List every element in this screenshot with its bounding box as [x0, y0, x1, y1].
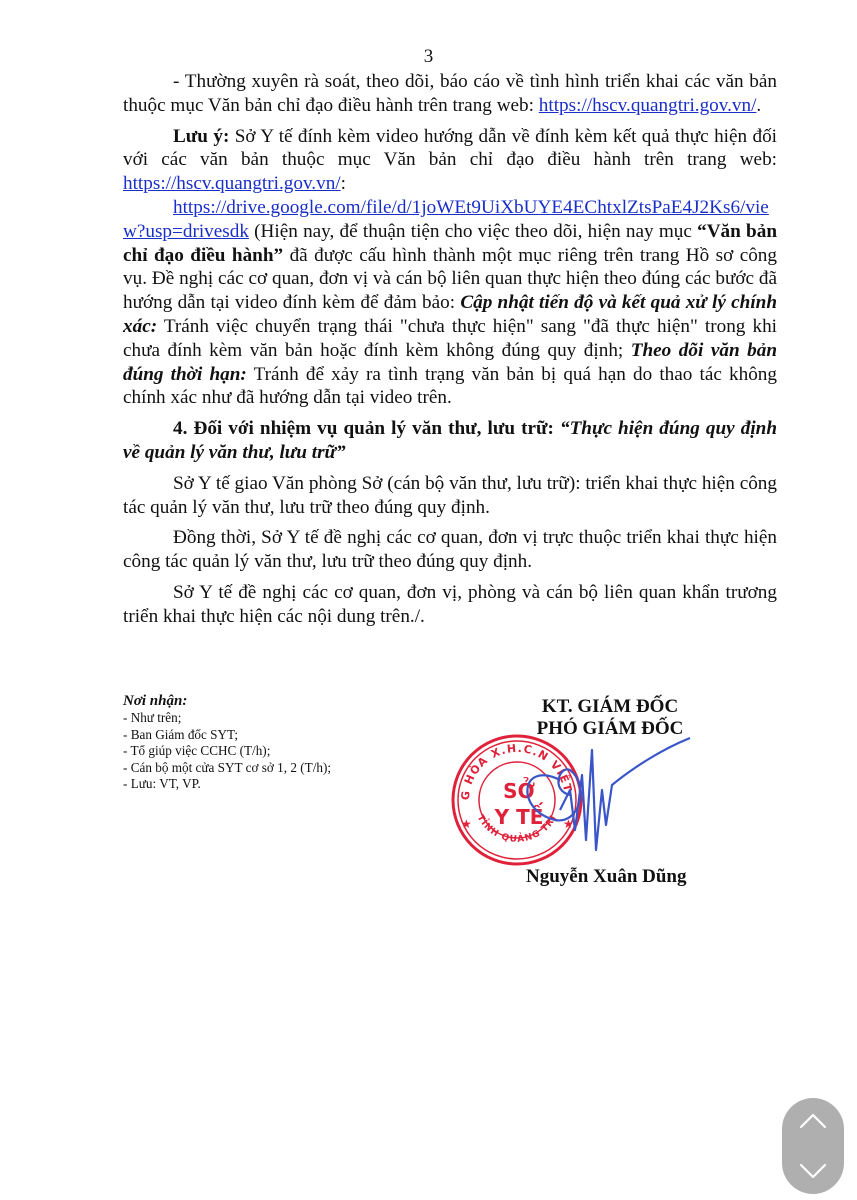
recipient-item: - Cán bộ một cửa SYT cơ sở 1, 2 (T/h); — [123, 760, 331, 776]
paragraph-request: Đồng thời, Sở Y tế đề nghị các cơ quan, … — [123, 526, 777, 574]
paragraph-text: . — [756, 95, 761, 116]
paragraph-assignment: Sở Y tế giao Văn phòng Sở (cán bộ văn th… — [123, 472, 777, 520]
signer-role-line1: KT. GIÁM ĐỐC — [500, 696, 720, 718]
recipients-title: Nơi nhận: — [123, 693, 331, 709]
svg-text:★: ★ — [461, 817, 472, 831]
recipients-list: - Như trên; - Ban Giám đốc SYT; - Tổ giú… — [123, 710, 331, 792]
recipients-block: Nơi nhận: - Như trên; - Ban Giám đốc SYT… — [123, 693, 331, 792]
chevron-up-icon — [782, 1098, 844, 1146]
recipient-item: - Như trên; — [123, 710, 331, 726]
chevron-down-icon — [782, 1146, 844, 1194]
recipient-item: - Lưu: VT, VP. — [123, 776, 331, 792]
section-4-heading: 4. Đối với nhiệm vụ quản lý văn thư, lưu… — [123, 417, 777, 465]
paragraph-note: Lưu ý: Sở Y tế đính kèm video hướng dẫn … — [123, 125, 777, 196]
paragraph-monitoring: - Thường xuyên rà soát, theo dõi, báo cá… — [123, 70, 777, 118]
hscv-link-2[interactable]: https://hscv.quangtri.gov.vn/ — [123, 173, 341, 194]
note-label: Lưu ý: — [173, 126, 229, 147]
paragraph-text: : — [341, 173, 346, 194]
section-heading: 4. Đối với nhiệm vụ quản lý văn thư, lưu… — [173, 418, 560, 439]
recipient-item: - Ban Giám đốc SYT; — [123, 727, 331, 743]
paragraph-video-guide: https://drive.google.com/file/d/1joWEt9U… — [123, 196, 777, 410]
scroll-down-button[interactable] — [782, 1146, 844, 1194]
page-number: 3 — [0, 46, 857, 68]
hscv-link[interactable]: https://hscv.quangtri.gov.vn/ — [539, 95, 757, 116]
handwritten-signature-icon — [520, 730, 700, 870]
recipient-item: - Tổ giúp việc CCHC (T/h); — [123, 743, 331, 759]
page-scroll-navigator[interactable] — [782, 1098, 844, 1194]
paragraph-text: (Hiện nay, để thuận tiện cho việc theo d… — [249, 221, 697, 242]
paragraph-closing: Sở Y tế đề nghị các cơ quan, đơn vị, phò… — [123, 581, 777, 629]
document-body: - Thường xuyên rà soát, theo dõi, báo cá… — [123, 70, 777, 636]
signer-name: Nguyễn Xuân Dũng — [526, 866, 687, 888]
scroll-up-button[interactable] — [782, 1098, 844, 1146]
